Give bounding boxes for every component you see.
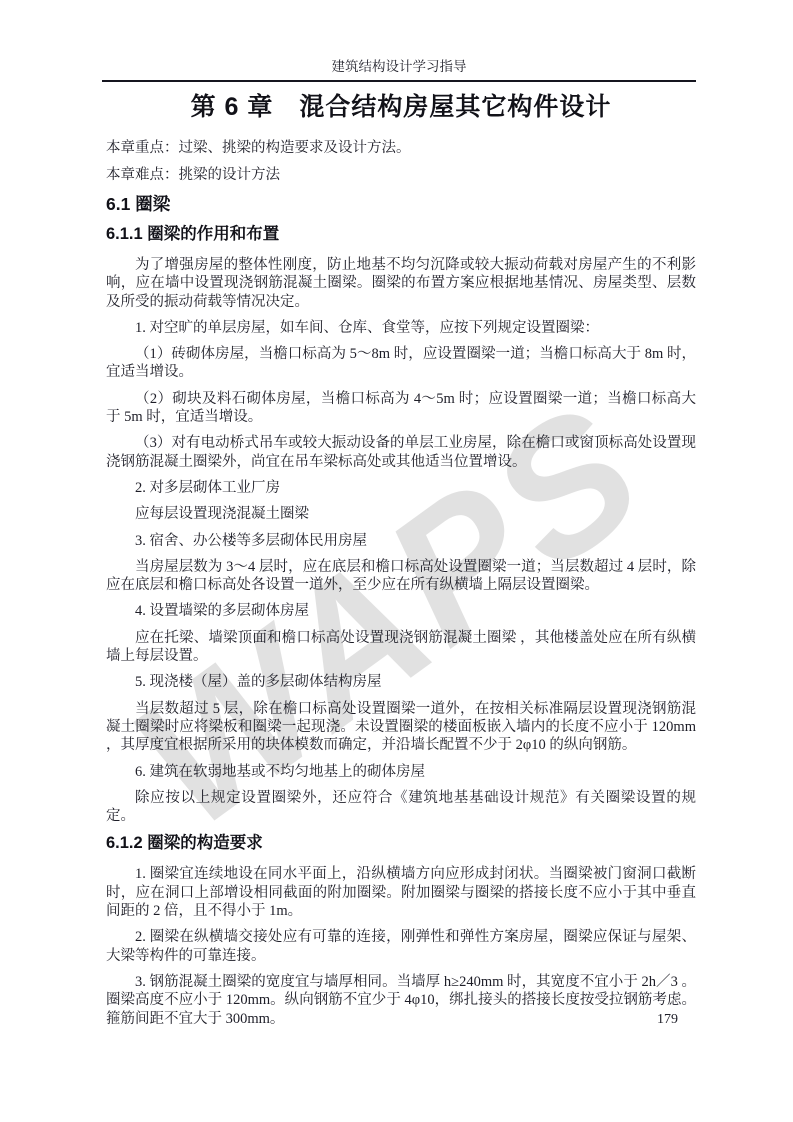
section-heading-6-1: 6.1 圈梁 bbox=[106, 193, 696, 215]
paragraph: 当房屋层数为 3～4 层时，应在底层和檐口标高处设置圈梁一道；当层数超过 4 层… bbox=[106, 558, 696, 595]
paragraph: 为了增强房屋的整体性刚度，防止地基不均匀沉降或较大振动荷载对房屋产生的不利影响，… bbox=[106, 256, 696, 311]
list-item-2: 2. 对多层砌体工业厂房 bbox=[106, 479, 696, 497]
list-item-1-sub-2: （2）砌块及料石砌体房屋，当檐口标高为 4～5m 时；应设置圈梁一道；当檐口标高… bbox=[106, 390, 696, 427]
list-item-1-sub-3: （3）对有电动桥式吊车或较大振动设备的单层工业房屋，除在檐口或窗顶标高处设置现浇… bbox=[106, 434, 696, 471]
list-item-3: 3. 钢筋混凝土圈梁的宽度宜与墙厚相同。当墙厚 h≥240mm 时，其宽度不宜小… bbox=[106, 973, 696, 1028]
list-item-1-sub-1: （1）砖砌体房屋，当檐口标高为 5～8m 时，应设置圈梁一道；当檐口标高大于 8… bbox=[106, 345, 696, 382]
chapter-title: 第 6 章 混合结构房屋其它构件设计 bbox=[106, 92, 696, 122]
page-content: 第 6 章 混合结构房屋其它构件设计 本章重点：过梁、挑梁的构造要求及设计方法。… bbox=[106, 88, 696, 1036]
list-item-2: 2. 圈梁在纵横墙交接处应有可靠的连接，刚弹性和弹性方案房屋，圈梁应保证与屋架、… bbox=[106, 928, 696, 965]
list-item-5: 5. 现浇楼（屋）盖的多层砌体结构房屋 bbox=[106, 673, 696, 691]
paragraph: 应在托梁、墙梁顶面和檐口标高处设置现浇钢筋混凝土圈梁 ，其他楼盖处应在所有纵横墙… bbox=[106, 629, 696, 666]
paragraph: 当层数超过 5 层，除在檐口标高处设置圈梁一道外，在按相关标准隔层设置现浇钢筋混… bbox=[106, 700, 696, 755]
subsection-heading-6-1-2: 6.1.2 圈梁的构造要求 bbox=[106, 833, 696, 854]
chapter-focus-line: 本章重点：过梁、挑梁的构造要求及设计方法。 bbox=[106, 139, 696, 158]
list-item-4: 4. 设置墙梁的多层砌体房屋 bbox=[106, 602, 696, 620]
page-number: 179 bbox=[657, 1012, 678, 1028]
list-item-1: 1. 圈梁宜连续地设在同水平面上，沿纵横墙方向应形成封闭状。当圈梁被门窗洞口截断… bbox=[106, 865, 696, 920]
list-item-1: 1. 对空旷的单层房屋，如车间、仓库、食堂等，应按下列规定设置圈梁： bbox=[106, 319, 696, 337]
running-head: 建筑结构设计学习指导 bbox=[332, 59, 467, 74]
chapter-difficulty-line: 本章难点：挑梁的设计方法 bbox=[106, 166, 696, 185]
page-header: 建筑结构设计学习指导 bbox=[102, 55, 696, 82]
document-page: WAPS 建筑结构设计学习指导 第 6 章 混合结构房屋其它构件设计 本章重点：… bbox=[0, 0, 793, 1122]
list-item-3: 3. 宿舍、办公楼等多层砌体民用房屋 bbox=[106, 532, 696, 550]
paragraph: 应每层设置现浇混凝土圈梁 bbox=[106, 505, 696, 523]
list-item-6: 6. 建筑在软弱地基或不均匀地基上的砌体房屋 bbox=[106, 763, 696, 781]
subsection-heading-6-1-1: 6.1.1 圈梁的作用和布置 bbox=[106, 224, 696, 245]
paragraph: 除应按以上规定设置圈梁外，还应符合《建筑地基基础设计规范》有关圈梁设置的规定。 bbox=[106, 789, 696, 826]
